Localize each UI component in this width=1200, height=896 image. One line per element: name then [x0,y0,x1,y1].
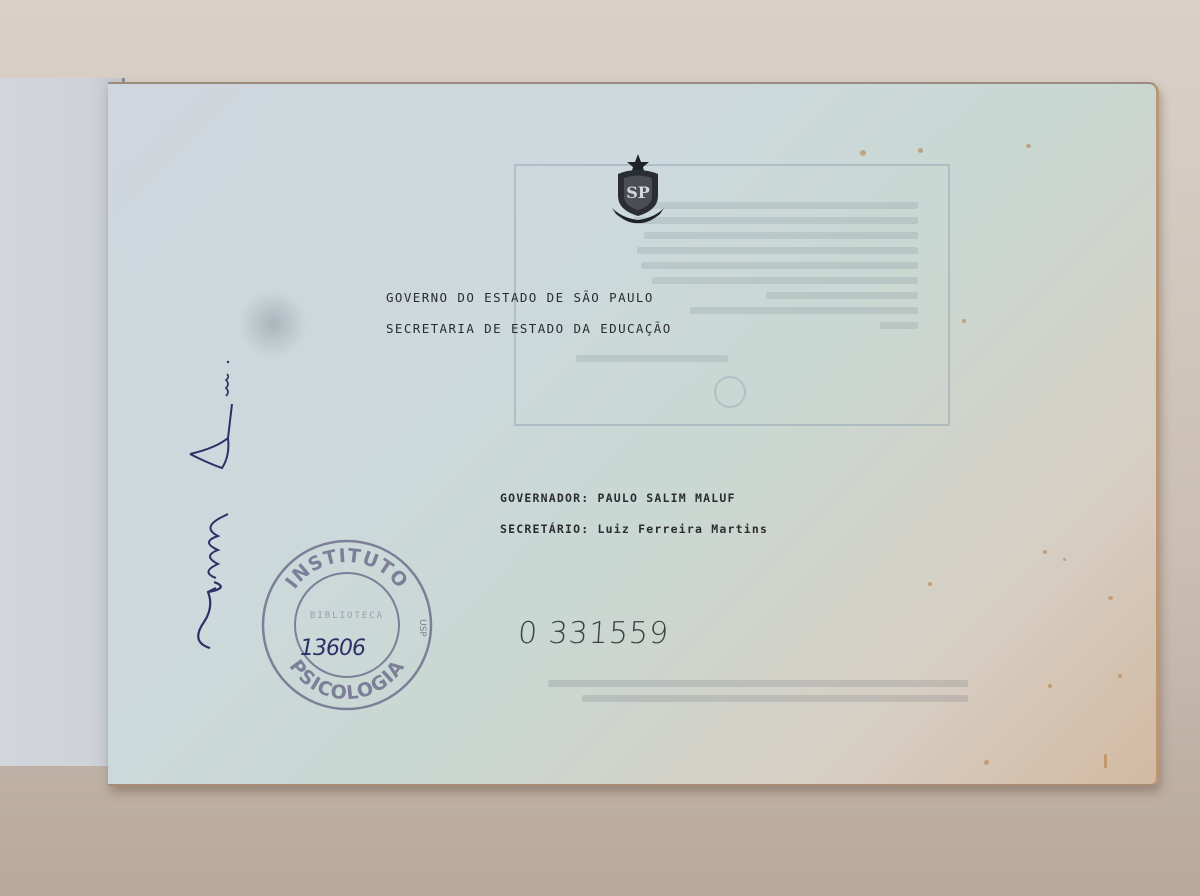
svg-text:BIBLIOTECA: BIBLIOTECA [310,611,384,621]
reverse-footer-showthrough [548,672,968,710]
smudge-mark [238,289,308,359]
foxing-spot [918,148,923,153]
document-page: SP GOVERNO DO ESTADO DE SÃO PAULO SECRET… [108,82,1159,786]
foxing-spot [1063,558,1066,561]
governor-credit: GOVERNADOR: PAULO SALIM MALUF [500,491,736,505]
handwritten-signature [170,352,240,652]
svg-text:INSTITUTO: INSTITUTO [281,545,412,593]
left-facing-page [0,78,125,766]
foxing-spot [928,582,932,586]
library-stamp: INSTITUTO PSICOLOGIA BIBLIOTECA USP [258,536,436,714]
foxing-spot [1048,684,1052,688]
foxing-spot [962,319,966,323]
foxing-spot [1108,596,1113,600]
reverse-circle-showthrough [714,376,746,408]
sao-paulo-coat-of-arms-icon: SP [608,152,668,224]
foxing-streak [1104,754,1107,768]
stamp-handwritten-number: 13606 [300,636,365,661]
foxing-spot [1118,674,1122,678]
handwritten-accession-number: 0 331559 [517,616,671,651]
svg-text:USP: USP [417,619,427,637]
secretariat-heading: SECRETARIA DE ESTADO DA EDUCAÇÃO [386,321,672,336]
government-heading: GOVERNO DO ESTADO DE SÃO PAULO [386,290,654,305]
foxing-spot [860,150,866,156]
reverse-text-showthrough [538,194,918,370]
foxing-spot [984,760,989,765]
svg-text:SP: SP [626,183,650,202]
foxing-spot [1026,144,1031,148]
foxing-spot [1043,550,1047,554]
secretary-credit: SECRETÁRIO: Luiz Ferreira Martins [500,522,768,536]
